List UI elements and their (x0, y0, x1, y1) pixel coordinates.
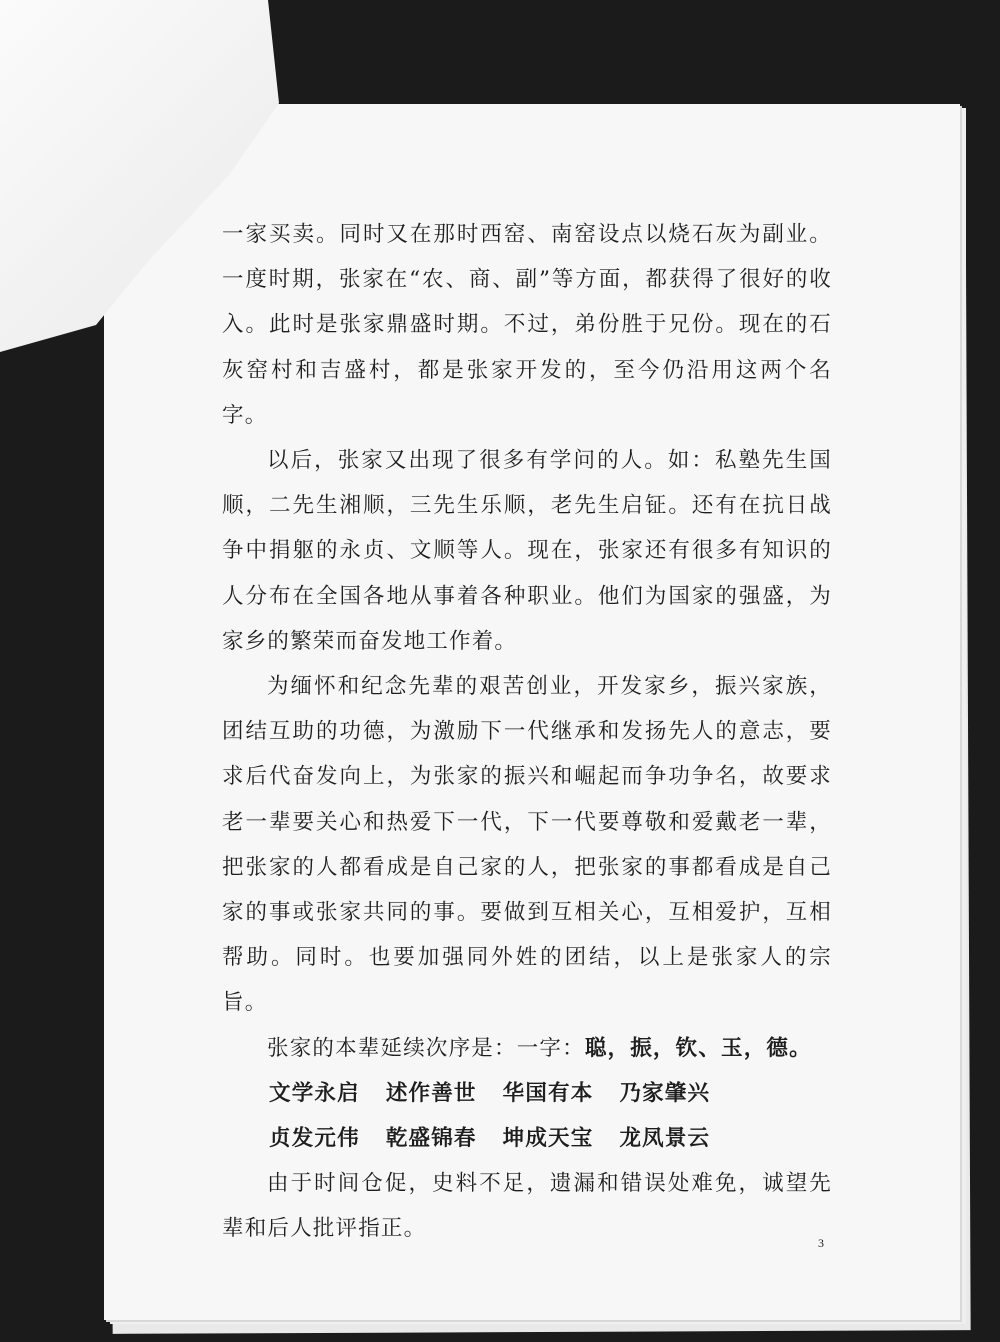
paragraph-3: 为缅怀和纪念先辈的艰苦创业，开发家乡，振兴家族，团结互助的功德，为激励下一代继承… (222, 664, 832, 1026)
generation-name: 坤成天宝 (503, 1116, 594, 1161)
generation-single-characters: 聪，振，钦、玉，德。 (585, 1036, 812, 1061)
closing-paragraph: 由于时间仓促，史料不足，遗漏和错误处难免，诚望先辈和后人批评指正。 (222, 1161, 832, 1251)
generation-names-row-1: 文学永启述作善世华国有本乃家肇兴 (222, 1071, 832, 1116)
generation-name: 华国有本 (503, 1071, 594, 1116)
generation-intro: 张家的本辈延续次序是：一字： (267, 1036, 585, 1061)
paragraph-2: 以后，张家又出现了很多有学问的人。如：私塾先生国顺，二先生湘顺，三先生乐顺，老先… (222, 438, 832, 664)
generation-names-row-2: 贞发元伟乾盛锦春坤成天宝龙凤景云 (222, 1116, 832, 1161)
generation-name: 乃家肇兴 (619, 1071, 710, 1116)
generation-name: 贞发元伟 (269, 1116, 360, 1161)
generation-order-line: 张家的本辈延续次序是：一字：聪，振，钦、玉，德。 (222, 1026, 832, 1071)
generation-name: 乾盛锦春 (386, 1116, 477, 1161)
page-number: 3 (818, 1236, 824, 1251)
document-body: 一家买卖。同时又在那时西窑、南窑设点以烧石灰为副业。一度时期，张家在“农、商、副… (222, 212, 832, 1252)
paragraph-1: 一家买卖。同时又在那时西窑、南窑设点以烧石灰为副业。一度时期，张家在“农、商、副… (222, 212, 832, 438)
generation-name: 龙凤景云 (619, 1116, 710, 1161)
generation-name: 文学永启 (269, 1071, 360, 1116)
generation-name: 述作善世 (386, 1071, 477, 1116)
